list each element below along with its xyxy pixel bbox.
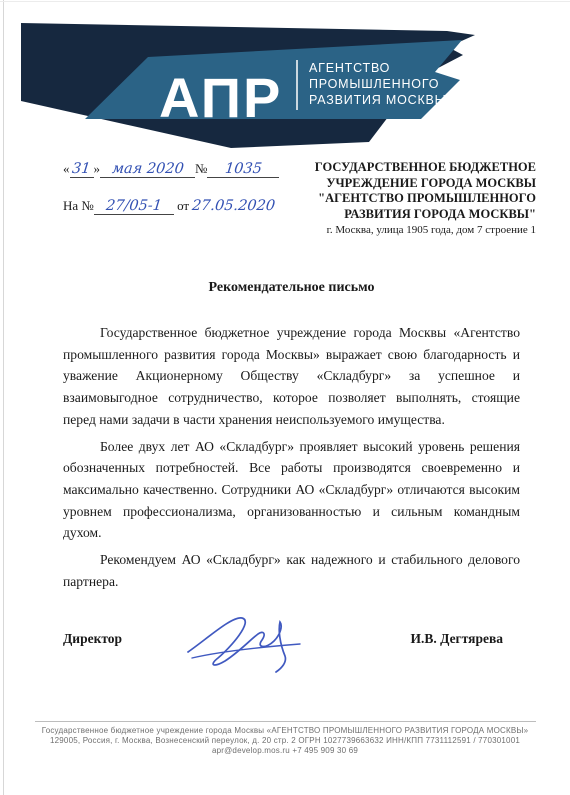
- apr-logo: АПР АГЕНТСТВО ПРОМЫШЛЕННОГО РАЗВИТИЯ МОС…: [19, 22, 479, 150]
- handwritten-date: мая 2020: [111, 161, 184, 177]
- footer-divider: [35, 721, 536, 722]
- footer-line: apr@develop.mos.ru +7 495 909 30 69: [25, 746, 545, 756]
- number-label: №: [195, 161, 207, 176]
- organization-line: УЧРЕЖДЕНИЕ ГОРОДА МОСКВЫ: [266, 176, 536, 192]
- organization-block: ГОСУДАРСТВЕННОЕ БЮДЖЕТНОЕ УЧРЕЖДЕНИЕ ГОР…: [266, 160, 536, 237]
- handwritten-reply-number: 27/05-1: [105, 198, 163, 214]
- organization-line: "АГЕНТСТВО ПРОМЫШЛЕННОГО: [266, 191, 536, 207]
- scan-edge: [3, 0, 4, 795]
- signer-position: Директор: [63, 631, 122, 647]
- letter-title: Рекомендательное письмо: [63, 280, 520, 296]
- organization-line: РАЗВИТИЯ ГОРОДА МОСКВЫ": [266, 207, 536, 223]
- paragraph: Государственное бюджетное учреждение гор…: [63, 322, 520, 431]
- footer-line: Государственное бюджетное учреждение гор…: [25, 726, 545, 736]
- paragraph: Более двух лет АО «Складбург» проявляет …: [63, 436, 520, 545]
- handwritten-day: 31: [71, 161, 91, 177]
- handwritten-reply-date: 27.05.2020: [191, 198, 276, 214]
- handwritten-number: 1035: [224, 161, 263, 177]
- logo-name-line2: ПРОМЫШЛЕННОГО: [309, 77, 439, 91]
- organization-line: ГОСУДАРСТВЕННОЕ БЮДЖЕТНОЕ: [266, 160, 536, 176]
- scan-edge: [0, 1, 570, 2]
- footer-line: 129005, Россия, г. Москва, Вознесенский …: [25, 736, 545, 746]
- reply-label: На №: [63, 198, 94, 213]
- signature-scribble-icon: [178, 606, 318, 678]
- logo-name-line3: РАЗВИТИЯ МОСКВЫ: [309, 93, 447, 107]
- paragraph: Рекомендуем АО «Складбург» как надежного…: [63, 549, 520, 592]
- footer: Государственное бюджетное учреждение гор…: [25, 726, 545, 756]
- letter-page: АПР АГЕНТСТВО ПРОМЫШЛЕННОГО РАЗВИТИЯ МОС…: [0, 0, 570, 795]
- logo-abbr: АПР: [159, 66, 282, 129]
- reply-date-label: от: [177, 198, 189, 213]
- logo-name-line1: АГЕНТСТВО: [309, 61, 390, 75]
- letter-body: Государственное бюджетное учреждение гор…: [63, 322, 520, 597]
- apr-ribbon-icon: АПР АГЕНТСТВО ПРОМЫШЛЕННОГО РАЗВИТИЯ МОС…: [19, 22, 479, 150]
- signer-name: И.В. Дегтярева: [410, 631, 503, 647]
- organization-address: г. Москва, улица 1905 года, дом 7 строен…: [266, 223, 536, 237]
